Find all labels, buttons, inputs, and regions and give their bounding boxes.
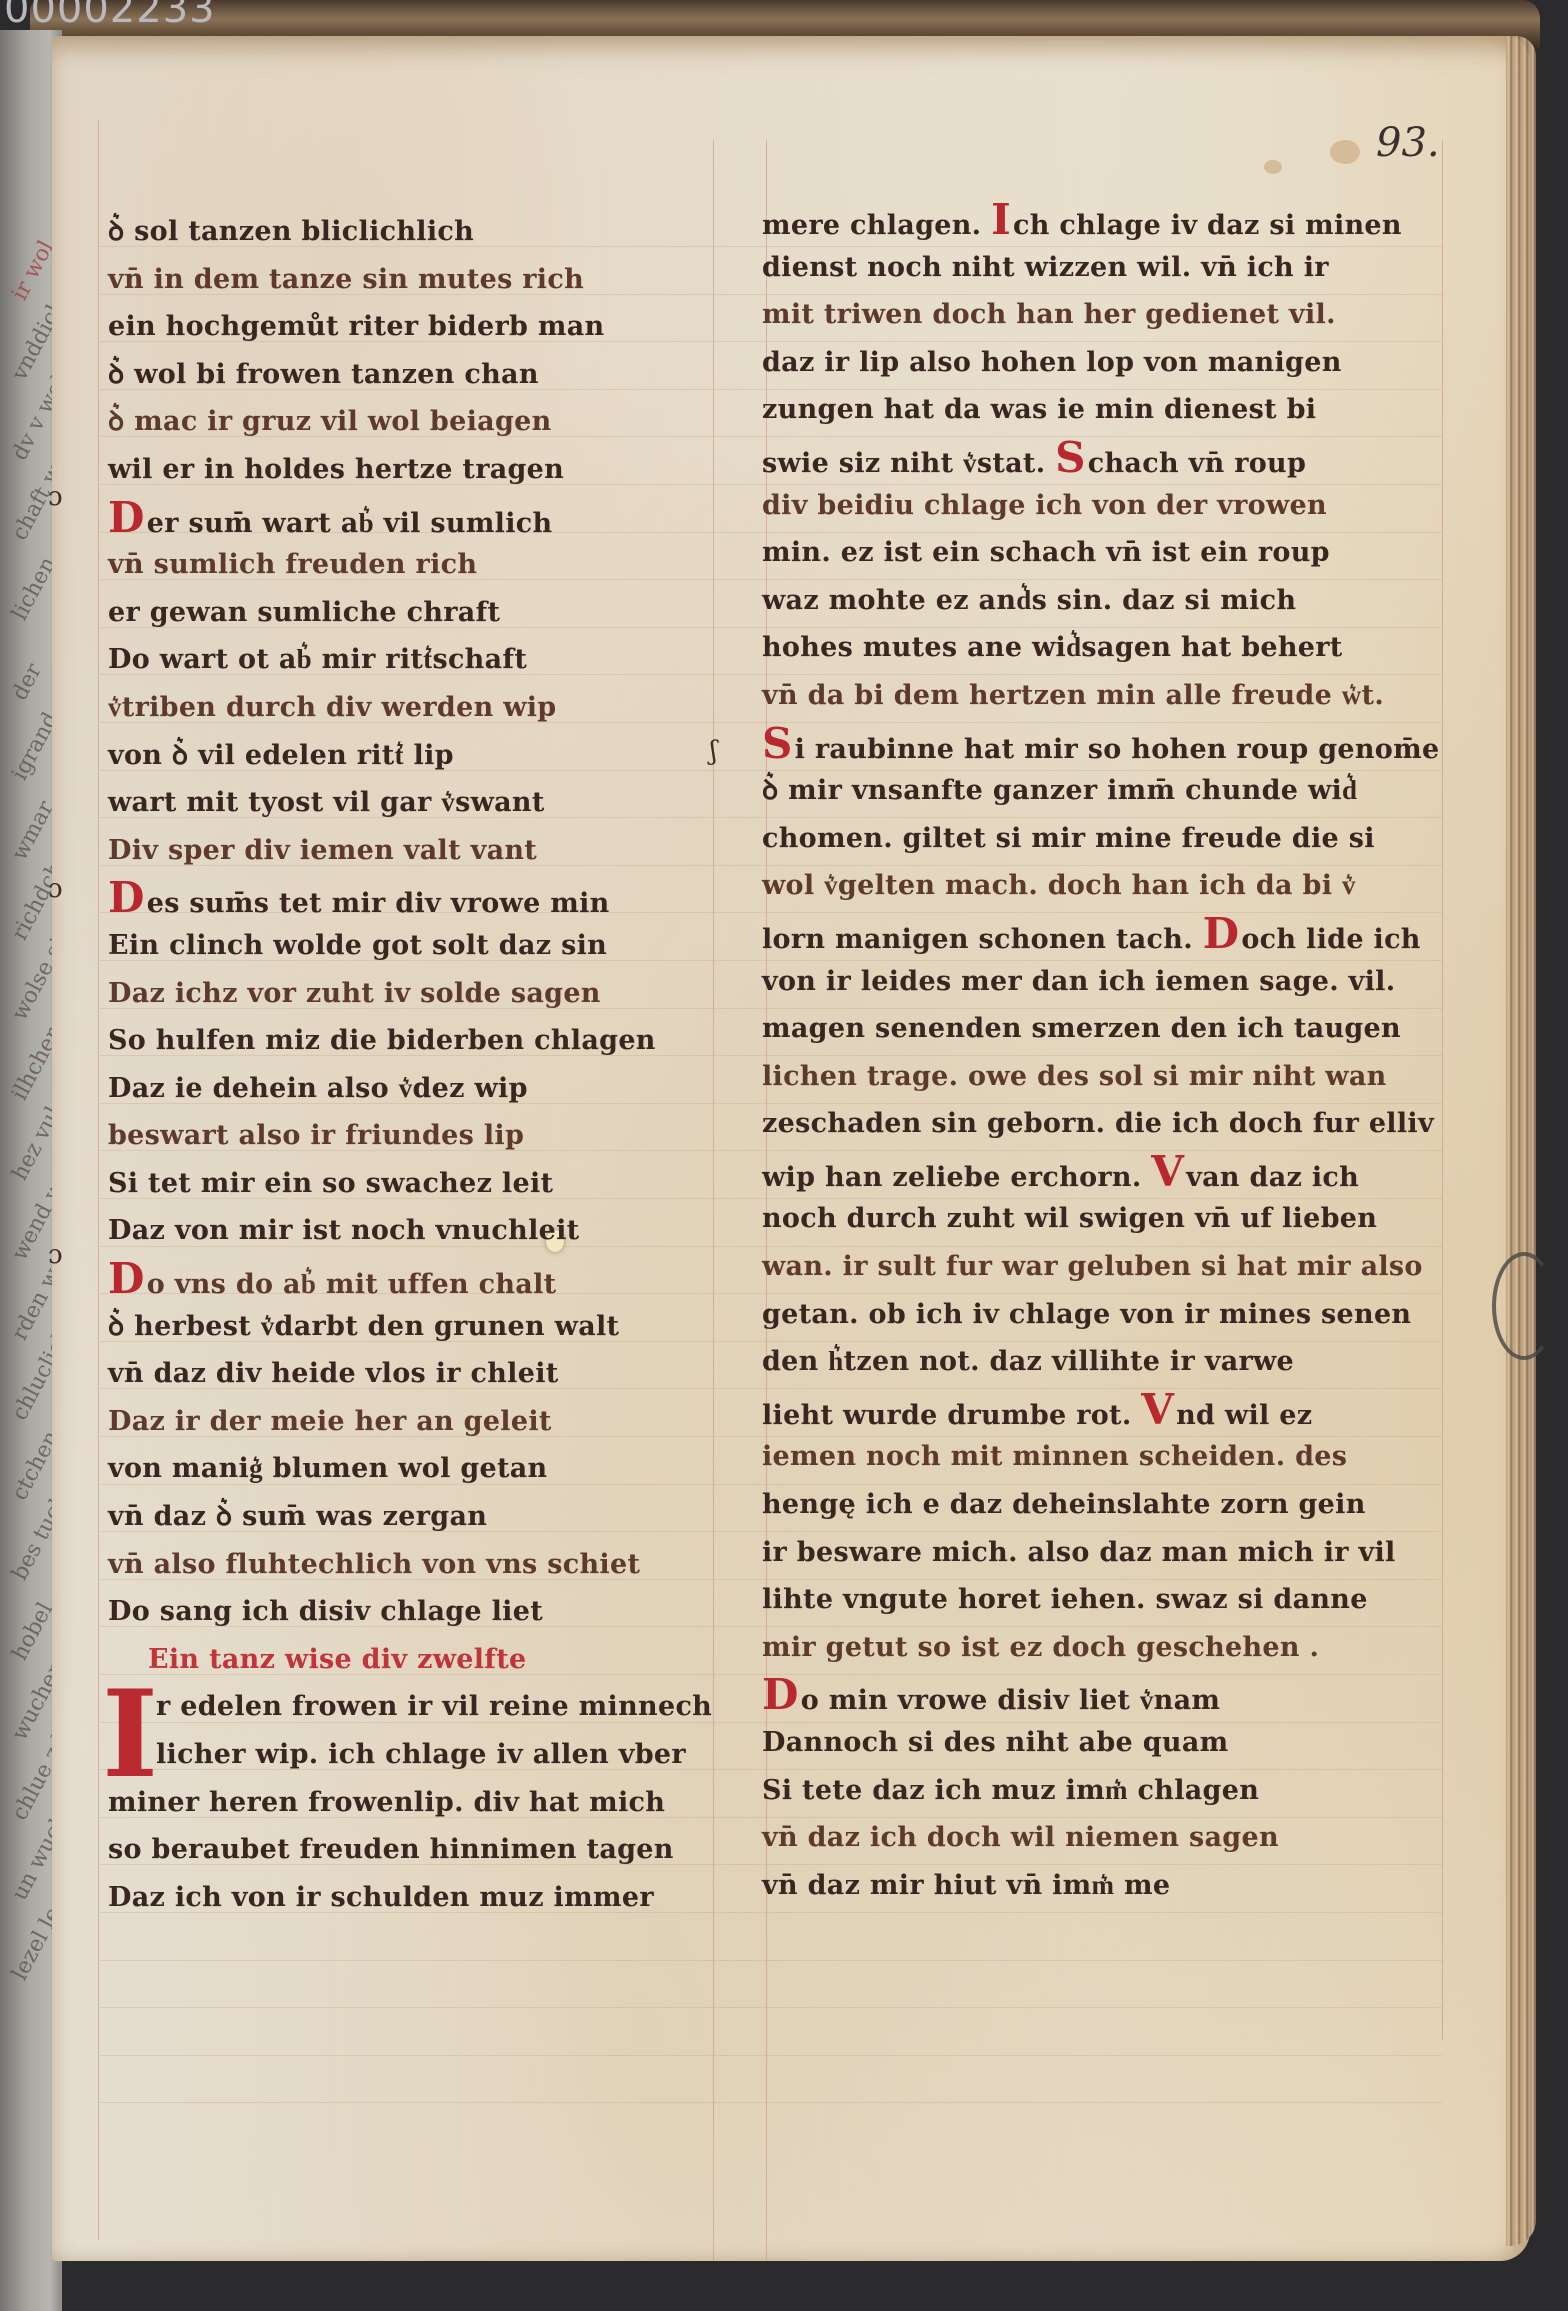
large-rubricated-initial: I bbox=[102, 1675, 158, 1795]
verse-line: so beraubet freuden hinnimen tagen bbox=[108, 1826, 748, 1874]
stain bbox=[1264, 160, 1282, 174]
ruling-line bbox=[100, 2102, 1442, 2103]
verse-line: So hulfen miz die biderben chlagen bbox=[108, 1017, 748, 1065]
verse-line: Des sum̄s tet mir div vrowe min bbox=[108, 874, 748, 922]
prose-line: Dannoch si des niht abe quam bbox=[762, 1719, 1402, 1767]
prose-line: getan. ob ich iv chlage von ir mines sen… bbox=[762, 1291, 1402, 1339]
prose-line: von ir leides mer dan ich iemen sage. vi… bbox=[762, 958, 1402, 1006]
rubricated-initial: S bbox=[1055, 433, 1086, 482]
rubricated-initial: V bbox=[1151, 1147, 1184, 1196]
prose-line: lihte vngute horet iehen. swaz si danne bbox=[762, 1576, 1402, 1624]
verse-line: Der sum̄ wart ab͛ vil sumlich bbox=[108, 494, 748, 542]
prose-text: vn̄ daz mir hiut vn̄ imm͛ me bbox=[762, 1870, 1170, 1901]
verse-text: Ein clinch wolde got solt daz sin bbox=[108, 930, 607, 961]
prose-line: waz mohte ez and͛s sin. daz si mich bbox=[762, 577, 1402, 625]
verse-text: Daz ir der meie her an geleit bbox=[108, 1406, 552, 1437]
prose-text: div beidiu chlage ich von der vrowen bbox=[762, 490, 1327, 521]
verse-text: vn̄ also fluhtechlich von vns schiet bbox=[108, 1549, 640, 1580]
ruling-right-margin bbox=[1442, 140, 1443, 2040]
verse-text: ꝺ͛ herbest v͛darbt den grunen walt bbox=[108, 1311, 619, 1342]
verse-line: ꝺ͛ herbest v͛darbt den grunen walt bbox=[108, 1303, 748, 1351]
prose-text: hengę ich e daz deheinslahte zorn gein bbox=[762, 1489, 1366, 1520]
verse-text: ꝺ͛ wol bi frowen tanzen chan bbox=[108, 359, 539, 390]
prose-text: zungen hat da was ie min dienest bi bbox=[762, 394, 1316, 425]
clasp-ring bbox=[1492, 1252, 1556, 1360]
prose-text: ch chlage iv daz si minen bbox=[1013, 210, 1402, 241]
verse-text: o vns do ab͛ mit uffen chalt bbox=[147, 1269, 557, 1300]
verse-line: Do vns do ab͛ mit uffen chalt bbox=[108, 1255, 748, 1303]
prose-text: den h͛tzen not. daz villihte ir varwe bbox=[762, 1346, 1294, 1377]
verse-text: Si tet mir ein so swachez leit bbox=[108, 1168, 553, 1199]
prose-line: mere chlagen. Ich chlage iv daz si minen bbox=[762, 196, 1402, 244]
stain bbox=[1330, 140, 1360, 164]
prose-text: och lide ich bbox=[1241, 924, 1420, 955]
verse-line: wil er in holdes hertze tragen bbox=[108, 446, 748, 494]
prose-text: mit triwen doch han her gedienet vil. bbox=[762, 299, 1336, 330]
line-prefix-text: mere chlagen. bbox=[762, 210, 981, 241]
verse-line: vn̄ also fluhtechlich von vns schiet bbox=[108, 1541, 748, 1589]
ruling-line bbox=[100, 2055, 1442, 2056]
prose-text: getan. ob ich iv chlage von ir mines sen… bbox=[762, 1299, 1411, 1330]
prose-text: von ir leides mer dan ich iemen sage. vi… bbox=[762, 966, 1395, 997]
verse-line: Div sper div iemen valt vant bbox=[108, 827, 748, 875]
verse-line: von manig͛ blumen wol getan bbox=[108, 1445, 748, 1493]
prose-text: chach vn̄ roup bbox=[1088, 448, 1306, 479]
verse-line: beswart also ir friundes lip bbox=[108, 1112, 748, 1160]
prose-line: swie siz niht v͛stat. Schach vn̄ roup bbox=[762, 434, 1402, 482]
prose-text: magen senenden smerzen den ich taugen bbox=[762, 1013, 1401, 1044]
prose-text: lihte vngute horet iehen. swaz si danne bbox=[762, 1584, 1368, 1615]
ruling-left-margin bbox=[98, 120, 99, 2240]
line-prefix-text: wip han zeliebe erchorn. bbox=[762, 1162, 1142, 1193]
verse-text: Do wart ot ab͛ mir ritt͛schaft bbox=[108, 644, 527, 675]
prose-text: dienst noch niht wizzen wil. vn̄ ich ir bbox=[762, 252, 1329, 283]
prose-line: vn̄ daz mir hiut vn̄ imm͛ me bbox=[762, 1862, 1402, 1910]
verse-text: von ꝺ͛ vil edelen ritt͛ lip bbox=[108, 740, 454, 771]
prose-text: vn̄ da bi dem hertzen min alle freude w͛… bbox=[762, 680, 1384, 711]
verse-text: er sum̄ wart ab͛ vil sumlich bbox=[147, 508, 553, 539]
prose-text: iemen noch mit minnen scheiden. des bbox=[762, 1441, 1347, 1472]
prose-text: zeschaden sin geborn. die ich doch fur e… bbox=[762, 1108, 1434, 1139]
verse-text: beswart also ir friundes lip bbox=[108, 1120, 524, 1151]
prose-line: chomen. giltet si mir mine freude die si bbox=[762, 815, 1402, 863]
prose-line: daz ir lip also hohen lop von manigen bbox=[762, 339, 1402, 387]
prose-line: iemen noch mit minnen scheiden. des bbox=[762, 1433, 1402, 1481]
prose-text: ꝺ͛ mir vnsanfte ganzer imm̄ chunde wid͛ bbox=[762, 775, 1357, 806]
rubricated-initial: D bbox=[1203, 909, 1240, 958]
margin-paragraph-mark: ɔ bbox=[48, 1240, 63, 1270]
verse-line: ꝺ͛ wol bi frowen tanzen chan bbox=[108, 351, 748, 399]
line-prefix-text: lorn manigen schonen tach. bbox=[762, 924, 1193, 955]
rubric-heading: Ein tanz wise div zwelfte bbox=[148, 1644, 526, 1675]
verse-line: vn̄ daz ꝺ͛ sum̄ was zergan bbox=[108, 1493, 748, 1541]
verse-text: vn̄ sumlich freuden rich bbox=[108, 549, 477, 580]
verse-line: v͛triben durch div werden wip bbox=[108, 684, 748, 732]
verse-line: Do wart ot ab͛ mir ritt͛schaft bbox=[108, 636, 748, 684]
prose-text: daz ir lip also hohen lop von manigen bbox=[762, 347, 1342, 378]
verse-text: Daz von mir ist noch vnuchleit bbox=[108, 1215, 579, 1246]
verse-text: Do sang ich disiv chlage liet bbox=[108, 1596, 543, 1627]
prose-text: min. ez ist ein schach vn̄ ist ein roup bbox=[762, 537, 1330, 568]
prose-line: mit triwen doch han her gedienet vil. bbox=[762, 291, 1402, 339]
verse-line: von ꝺ͛ vil edelen ritt͛ lip bbox=[108, 732, 748, 780]
prose-line: hengę ich e daz deheinslahte zorn gein bbox=[762, 1481, 1402, 1529]
verse-line: Daz ie dehein also v͛dez wip bbox=[108, 1065, 748, 1113]
ruling-line bbox=[100, 1960, 1442, 1961]
rubricated-initial: D bbox=[762, 1670, 799, 1719]
verse-text: v͛triben durch div werden wip bbox=[108, 692, 556, 723]
verse-text: wil er in holdes hertze tragen bbox=[108, 454, 564, 485]
prose-line: magen senenden smerzen den ich taugen bbox=[762, 1005, 1402, 1053]
prose-text: Si tete daz ich muz imm͛ chlagen bbox=[762, 1775, 1259, 1806]
verse-line: Daz ir der meie her an geleit bbox=[108, 1398, 748, 1446]
prose-line: ir besware mich. also daz man mich ir vi… bbox=[762, 1529, 1402, 1577]
prose-line: vn̄ daz ich doch wil niemen sagen bbox=[762, 1814, 1402, 1862]
verse-text: So hulfen miz die biderben chlagen bbox=[108, 1025, 656, 1056]
rubricated-initial: S bbox=[762, 719, 793, 768]
verse-text: ꝺ͛ sol tanzen bliclichlich bbox=[108, 216, 474, 247]
verse-text: Daz ie dehein also v͛dez wip bbox=[108, 1073, 528, 1104]
rubricated-initial: V bbox=[1141, 1385, 1174, 1434]
line-prefix-text: swie siz niht v͛stat. bbox=[762, 448, 1045, 479]
verse-line: licher wip. ich chlage iv allen vber bbox=[108, 1731, 748, 1779]
verse-text: er gewan sumliche chraft bbox=[108, 597, 500, 628]
verse-text: vn̄ daz div heide vlos ir chleit bbox=[108, 1358, 559, 1389]
verse-line: Daz ich von ir schulden muz immer bbox=[108, 1874, 748, 1922]
prose-line: wol v͛gelten mach. doch han ich da bi v͛ bbox=[762, 862, 1402, 910]
verse-line: wart mit tyost vil gar v͛swant bbox=[108, 779, 748, 827]
verse-line: Daz ichz vor zuht iv solde sagen bbox=[108, 970, 748, 1018]
verse-text: es sum̄s tet mir div vrowe min bbox=[147, 888, 610, 919]
verse-line: ꝺ͛ sol tanzen bliclichlich bbox=[108, 208, 748, 256]
prose-line: zeschaden sin geborn. die ich doch fur e… bbox=[762, 1100, 1402, 1148]
prose-line: min. ez ist ein schach vn̄ ist ein roup bbox=[762, 529, 1402, 577]
prose-line: dienst noch niht wizzen wil. vn̄ ich ir bbox=[762, 244, 1402, 292]
prose-line: lichen trage. owe des sol si mir niht wa… bbox=[762, 1053, 1402, 1101]
rubricated-initial: D bbox=[108, 873, 145, 922]
prose-text: ir besware mich. also daz man mich ir vi… bbox=[762, 1537, 1396, 1568]
prose-line: hohes mutes ane wid͛sagen hat behert bbox=[762, 624, 1402, 672]
margin-paragraph-mark: ɔ bbox=[48, 482, 63, 512]
verse-line: vn̄ in dem tanze sin mutes rich bbox=[108, 256, 748, 304]
right-text-column: mere chlagen. Ich chlage iv daz si minen… bbox=[762, 196, 1402, 1909]
prose-text: noch durch zuht wil swigen vn̄ uf lieben bbox=[762, 1203, 1377, 1234]
verse-text: von manig͛ blumen wol getan bbox=[108, 1453, 547, 1484]
prose-line: div beidiu chlage ich von der vrowen bbox=[762, 482, 1402, 530]
verse-line: Do sang ich disiv chlage liet bbox=[108, 1588, 748, 1636]
prose-line: wip han zeliebe erchorn. Vvan daz ich bbox=[762, 1148, 1402, 1196]
prose-text: wol v͛gelten mach. doch han ich da bi v͛ bbox=[762, 870, 1356, 901]
verse-text: Div sper div iemen valt vant bbox=[108, 835, 537, 866]
verse-line: miner heren frowenlip. div hat mich bbox=[108, 1779, 748, 1827]
verse-line: vn̄ daz div heide vlos ir chleit bbox=[108, 1350, 748, 1398]
prose-line: zungen hat da was ie min dienest bi bbox=[762, 386, 1402, 434]
prose-text: vn̄ daz ich doch wil niemen sagen bbox=[762, 1822, 1279, 1853]
prose-line: wan. ir sult fur war geluben si hat mir … bbox=[762, 1243, 1402, 1291]
prose-line: Si tete daz ich muz imm͛ chlagen bbox=[762, 1767, 1402, 1815]
prose-text: o min vrowe disiv liet v͛nam bbox=[801, 1685, 1221, 1716]
prose-line: vn̄ da bi dem hertzen min alle freude w͛… bbox=[762, 672, 1402, 720]
verse-text: vn̄ in dem tanze sin mutes rich bbox=[108, 264, 584, 295]
prose-text: waz mohte ez and͛s sin. daz si mich bbox=[762, 585, 1296, 616]
prose-line: lieht wurde drumbe rot. Vnd wil ez bbox=[762, 1386, 1402, 1434]
left-text-column: ꝺ͛ sol tanzen bliclichlichvn̄ in dem tan… bbox=[108, 208, 748, 1921]
verse-line: ꝺ͛ mac ir gruz vil wol beiagen bbox=[108, 398, 748, 446]
verse-line: r edelen frowen ir vil reine minnech bbox=[108, 1683, 748, 1731]
rubricated-initial: D bbox=[108, 493, 145, 542]
verse-text: ein hochgemůt riter biderb man bbox=[108, 311, 604, 342]
rubric-line: Ein tanz wise div zwelfte bbox=[108, 1636, 748, 1684]
prose-line: mir getut so ist ez doch geschehen . bbox=[762, 1624, 1402, 1672]
line-prefix-text: lieht wurde drumbe rot. bbox=[762, 1400, 1132, 1431]
prose-text: lichen trage. owe des sol si mir niht wa… bbox=[762, 1061, 1387, 1092]
prose-line: noch durch zuht wil swigen vn̄ uf lieben bbox=[762, 1195, 1402, 1243]
verse-line: vn̄ sumlich freuden rich bbox=[108, 541, 748, 589]
verse-line: Ein clinch wolde got solt daz sin bbox=[108, 922, 748, 970]
prose-text: Dannoch si des niht abe quam bbox=[762, 1727, 1228, 1758]
rubricated-initial: I bbox=[991, 195, 1011, 244]
verse-text: wart mit tyost vil gar v͛swant bbox=[108, 787, 545, 818]
page-edge-stack bbox=[1506, 36, 1536, 2246]
prose-text: nd wil ez bbox=[1176, 1400, 1312, 1431]
margin-paragraph-mark: ɔ bbox=[48, 874, 63, 904]
scan-id-label: 00002233 bbox=[4, 0, 216, 32]
prose-line: Do min vrowe disiv liet v͛nam bbox=[762, 1671, 1402, 1719]
verse-text: vn̄ daz ꝺ͛ sum̄ was zergan bbox=[108, 1501, 487, 1532]
prose-text: wan. ir sult fur war geluben si hat mir … bbox=[762, 1251, 1423, 1282]
prose-text: hohes mutes ane wid͛sagen hat behert bbox=[762, 632, 1343, 663]
prose-text: van daz ich bbox=[1186, 1162, 1359, 1193]
verse-line: Daz von mir ist noch vnuchleit bbox=[108, 1207, 748, 1255]
prose-text: mir getut so ist ez doch geschehen . bbox=[762, 1632, 1319, 1663]
folio-number: 93. bbox=[1376, 120, 1440, 166]
rubricated-initial: D bbox=[108, 1254, 145, 1303]
verse-text: Daz ichz vor zuht iv solde sagen bbox=[108, 978, 601, 1009]
prose-line: den h͛tzen not. daz villihte ir varwe bbox=[762, 1338, 1402, 1386]
verse-line: Si tet mir ein so swachez leit bbox=[108, 1160, 748, 1208]
ruling-line bbox=[100, 2007, 1442, 2008]
prose-line: lorn manigen schonen tach. Doch lide ich bbox=[762, 910, 1402, 958]
closing-stanza: Ir edelen frowen ir vil reine minnechlic… bbox=[108, 1683, 748, 1921]
prose-line: ꝺ͛ mir vnsanfte ganzer imm̄ chunde wid͛ bbox=[762, 767, 1402, 815]
prose-text: i raubinne hat mir so hohen roup genom̄e bbox=[795, 734, 1440, 765]
verse-text: ꝺ͛ mac ir gruz vil wol beiagen bbox=[108, 406, 552, 437]
prose-text: chomen. giltet si mir mine freude die si bbox=[762, 823, 1375, 854]
verse-line: ein hochgemůt riter biderb man bbox=[108, 303, 748, 351]
prose-line: Si raubinne hat mir so hohen roup genom̄… bbox=[762, 720, 1402, 768]
verse-line: er gewan sumliche chraft bbox=[108, 589, 748, 637]
